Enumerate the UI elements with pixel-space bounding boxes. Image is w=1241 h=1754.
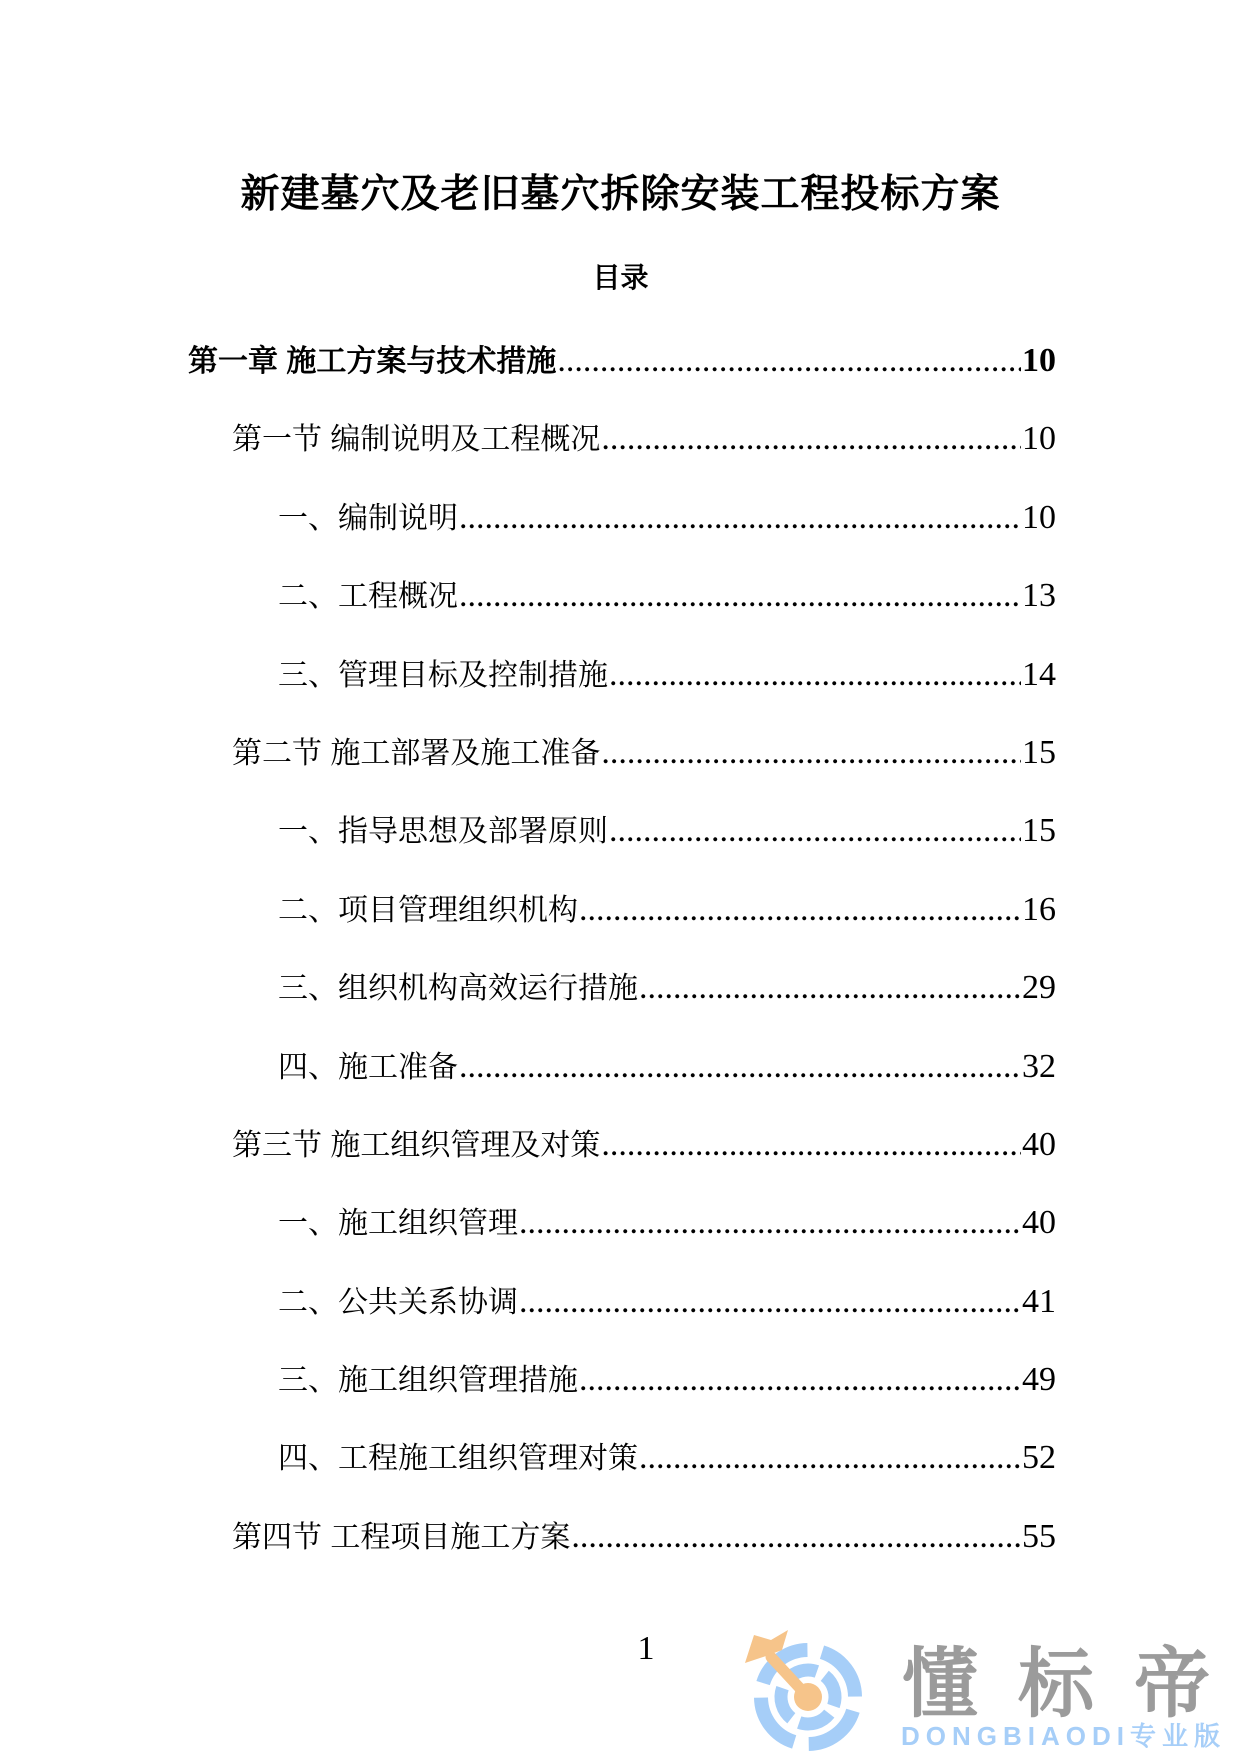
toc-entry-page: 55 [1022,1520,1056,1554]
toc-entry-label: 第一节 编制说明及工程概况 [232,423,600,457]
toc-entry: 二、工程概况13 [188,558,1056,636]
toc-entry-page: 10 [1022,501,1056,535]
toc-entry-label: 第三节 施工组织管理及对策 [232,1129,600,1163]
page-number: 1 [620,1630,672,1668]
toc-entry-label: 四、施工准备 [278,1051,458,1085]
toc-leader-dots [609,814,1021,848]
watermark-brand-latin: DONGBIAODI [901,1721,1130,1751]
toc-entry-label: 三、组织机构高效运行措施 [278,972,638,1006]
toc-leader-dots [459,579,1021,613]
toc-heading: 目录 [0,256,1241,296]
watermark-brand-edition: 专业版 [1130,1721,1226,1751]
toc-entry-page: 32 [1022,1050,1056,1084]
toc-entry-label: 二、项目管理组织机构 [278,894,578,928]
toc-leader-dots [459,1050,1021,1084]
toc-entry: 二、公共关系协调41 [188,1264,1056,1342]
toc-entry-page: 40 [1022,1206,1056,1240]
toc-entry: 第一章 施工方案与技术措施10 [188,323,1056,401]
toc-entry-label: 一、编制说明 [278,502,458,536]
watermark-brand-cn: 懂标帝 [902,1644,1241,1726]
toc-leader-dots [579,1363,1021,1397]
toc-leader-dots [601,422,1021,456]
toc-entry: 一、指导思想及部署原则15 [188,793,1056,871]
toc-entry: 三、组织机构高效运行措施29 [188,950,1056,1028]
toc-entry-label: 一、指导思想及部署原则 [278,815,608,849]
bullseye-dart-icon [740,1626,872,1754]
document-page: 新建墓穴及老旧墓穴拆除安装工程投标方案 目录 第一章 施工方案与技术措施10 第… [0,0,1241,1754]
table-of-contents: 第一章 施工方案与技术措施10 第一节 编制说明及工程概况10 一、编制说明10… [188,323,1056,1577]
toc-leader-dots [609,658,1021,692]
toc-entry: 二、项目管理组织机构16 [188,872,1056,950]
toc-entry-page: 15 [1022,814,1056,848]
toc-entry-page: 41 [1022,1285,1056,1319]
toc-entry-label: 四、工程施工组织管理对策 [278,1442,638,1476]
toc-leader-dots [639,1441,1021,1475]
toc-entry: 三、管理目标及控制措施14 [188,637,1056,715]
toc-entry-label: 第四节 工程项目施工方案 [232,1521,570,1555]
toc-entry-label: 二、工程概况 [278,580,458,614]
toc-entry-label: 第二节 施工部署及施工准备 [232,737,600,771]
toc-entry-page: 15 [1022,736,1056,770]
toc-leader-dots [557,344,1021,378]
toc-leader-dots [579,893,1021,927]
toc-entry-page: 49 [1022,1363,1056,1397]
toc-entry-label: 三、管理目标及控制措施 [278,659,608,693]
toc-leader-dots [459,501,1021,535]
toc-entry-page: 10 [1022,344,1056,378]
toc-entry-page: 13 [1022,579,1056,613]
toc-entry: 三、施工组织管理措施49 [188,1342,1056,1420]
toc-entry-page: 14 [1022,658,1056,692]
toc-entry: 第一节 编制说明及工程概况10 [188,401,1056,479]
toc-leader-dots [601,1128,1021,1162]
toc-entry: 第二节 施工部署及施工准备15 [188,715,1056,793]
toc-entry: 四、工程施工组织管理对策52 [188,1420,1056,1498]
toc-entry: 第四节 工程项目施工方案55 [188,1499,1056,1577]
toc-entry-page: 29 [1022,971,1056,1005]
toc-entry: 一、施工组织管理40 [188,1185,1056,1263]
toc-entry-page: 52 [1022,1441,1056,1475]
toc-entry-label: 二、公共关系协调 [278,1286,518,1320]
watermark-brand-en: DONGBIAODI专业版 [901,1722,1226,1750]
toc-leader-dots [519,1285,1021,1319]
toc-entry-page: 10 [1022,422,1056,456]
toc-entry-page: 40 [1022,1128,1056,1162]
toc-entry: 四、施工准备32 [188,1029,1056,1107]
toc-entry-page: 16 [1022,893,1056,927]
toc-leader-dots [639,971,1021,1005]
toc-entry-label: 第一章 施工方案与技术措施 [188,345,556,379]
toc-leader-dots [601,736,1021,770]
toc-entry: 第三节 施工组织管理及对策40 [188,1107,1056,1185]
toc-leader-dots [571,1520,1021,1554]
toc-entry-label: 一、施工组织管理 [278,1207,518,1241]
toc-entry: 一、编制说明10 [188,480,1056,558]
toc-leader-dots [519,1206,1021,1240]
document-title: 新建墓穴及老旧墓穴拆除安装工程投标方案 [0,163,1241,219]
toc-entry-label: 三、施工组织管理措施 [278,1364,578,1398]
